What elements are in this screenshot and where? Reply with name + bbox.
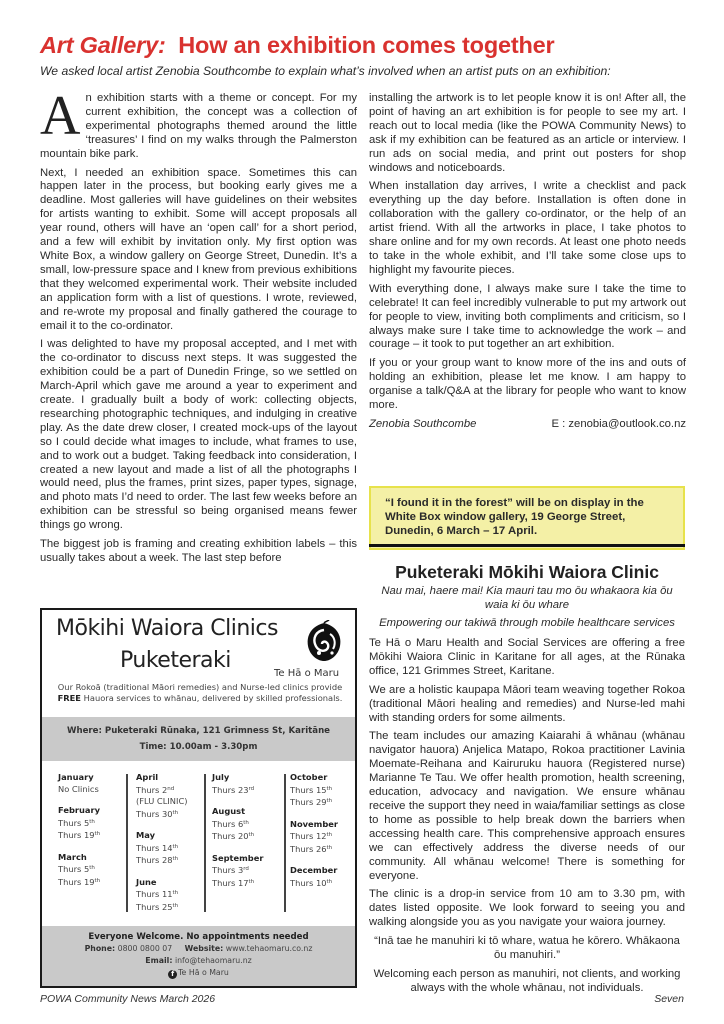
clinic-date: Thurs 30th [136,808,208,821]
clinic-date: Thurs 19th [58,829,130,842]
exhibition-callout: “I found it in the forest” will be on di… [369,486,685,550]
calendar-column: OctoberThurs 15thThurs 29thNovemberThurs… [290,772,362,899]
clinic-paragraph: We are a holistic kaupapa Māori team wea… [369,684,685,726]
clinic-date: Thurs 28th [136,854,208,867]
clinic-date: Thurs 12th [290,830,362,843]
article-column-right: installing the artwork is to let people … [369,92,686,432]
advert-time: Time: 10.00am - 3.30pm [42,739,355,755]
advert-title: Mōkihi Waiora Clinics [56,616,278,641]
month-label: July [212,772,284,784]
advert-brand: Te Hā o Maru [274,668,339,679]
calendar-month: JulyThurs 23rd [212,772,284,796]
article-paragraph: When installation day arrives, I write a… [369,180,686,277]
page-footer-publication: POWA Community News March 2026 [40,993,215,1005]
clinic-paragraph: Te Hā o Maru Health and Social Services … [369,637,685,679]
facebook-icon: f [168,970,177,979]
clinic-date: Thurs 10th [290,877,362,890]
month-label: January [58,772,130,784]
month-label: March [58,852,130,864]
advert-location-title: Puketeraki [120,648,231,673]
article-paragraph: The biggest job is framing and creating … [40,538,357,566]
drop-cap: A [40,94,80,138]
calendar-separator [126,774,128,912]
clinic-date: Thurs 2nd [136,784,208,797]
advert-contact-band: Everyone Welcome. No appointments needed… [42,926,355,986]
article-title-section: Art Gallery: [40,32,166,58]
clinic-quote: “Inā tae he manuhiri ki tō whare, watua … [369,935,685,963]
advert-email[interactable]: info@tehaomaru.nz [175,956,252,965]
article-title: Art Gallery: How an exhibition comes tog… [40,32,700,59]
page-number: Seven [654,993,684,1005]
section-divider [369,544,685,547]
calendar-month: MarchThurs 5thThurs 19th [58,852,130,889]
clinic-date: Thurs 5th [58,863,130,876]
calendar-separator [284,774,286,912]
calendar-month: MayThurs 14thThurs 28th [136,830,208,867]
calendar-separator [204,774,206,912]
article-paragraph: A n exhibition starts with a theme or co… [40,92,357,162]
month-label: April [136,772,208,784]
advert-where-band: Where: Puketeraki Rūnaka, 121 Grimness S… [42,717,355,761]
article-title-main: How an exhibition comes together [178,32,554,58]
calendar-month: JanuaryNo Clinics [58,772,130,795]
clinic-advert: Mōkihi Waiora Clinics Puketeraki Te Hā o… [40,608,357,988]
article-column-left: A n exhibition starts with a theme or co… [40,92,357,571]
advert-welcome: Everyone Welcome. No appointments needed [42,931,355,943]
clinic-paragraph: The team includes our amazing Kaiarahi ā… [369,730,685,883]
clinic-date: Thurs 3rd [212,864,284,877]
article-paragraph: If you or your group want to know more o… [369,357,686,413]
article-subtitle: We asked local artist Zenobia Southcombe… [40,64,710,78]
clinic-tagline: Empowering our takiwā through mobile hea… [369,617,685,629]
advert-description: Our Rokoā (traditional Māori remedies) a… [50,682,350,704]
calendar-month: FebruaryThurs 5thThurs 19th [58,805,130,842]
clinic-date: Thurs 6th [212,818,284,831]
clinic-date: Thurs 19th [58,876,130,889]
calendar-month: DecemberThurs 10th [290,865,362,889]
advert-phone[interactable]: 0800 0800 07 [118,944,173,953]
calendar-month: SeptemberThurs 3rdThurs 17th [212,853,284,890]
clinic-article-title: Puketeraki Mōkihi Waiora Clinic [369,562,685,583]
clinic-date: Thurs 23rd [212,784,284,797]
calendar-month: JuneThurs 11thThurs 25th [136,877,208,914]
article-paragraph: installing the artwork is to let people … [369,92,686,175]
month-label: June [136,877,208,889]
clinic-paragraph: The clinic is a drop-in service from 10 … [369,888,685,930]
month-label: May [136,830,208,842]
clinic-date: Thurs 14th [136,842,208,855]
article-paragraph: With everything done, I always make sure… [369,283,686,353]
author-email[interactable]: E : zenobia@outlook.co.nz [551,418,686,432]
calendar-month: NovemberThurs 12thThurs 26th [290,819,362,856]
calendar-column: AprilThurs 2nd(FLU CLINIC)Thurs 30thMayT… [136,772,208,923]
advert-email-row: Email: info@tehaomaru.nz [42,955,355,967]
advert-facebook-row[interactable]: fTe Hā o Maru [42,967,355,979]
advert-where: Where: Puketeraki Rūnaka, 121 Grimness S… [42,723,355,739]
advert-phone-website: Phone: 0800 0800 07 Website: www.tehaoma… [42,943,355,955]
month-label: August [212,806,284,818]
koru-logo-icon [302,620,346,664]
clinic-date: Thurs 29th [290,796,362,809]
clinic-date: Thurs 15th [290,784,362,797]
advert-website[interactable]: www.tehaomaru.co.nz [226,944,313,953]
advert-facebook: Te Hā o Maru [178,968,229,977]
clinic-date: Thurs 11th [136,888,208,901]
article-paragraph: Next, I needed an exhibition space. Some… [40,167,357,334]
clinic-closing: Welcoming each person as manuhiri, not c… [369,968,685,996]
month-label: February [58,805,130,817]
calendar-month: OctoberThurs 15thThurs 29th [290,772,362,809]
author-name: Zenobia Southcombe [369,418,476,432]
clinic-date: Thurs 26th [290,843,362,856]
clinic-date: (FLU CLINIC) [136,796,208,808]
clinic-date: Thurs 17th [212,877,284,890]
month-label: November [290,819,362,831]
clinic-date: Thurs 5th [58,817,130,830]
month-label: October [290,772,362,784]
clinic-date: No Clinics [58,784,130,796]
calendar-month: AugustThurs 6thThurs 20th [212,806,284,843]
clinic-date: Thurs 20th [212,830,284,843]
article-paragraph: I was delighted to have my proposal acce… [40,338,357,533]
clinic-date: Thurs 25th [136,901,208,914]
calendar-month: AprilThurs 2nd(FLU CLINIC)Thurs 30th [136,772,208,820]
article-signature: Zenobia Southcombe E : zenobia@outlook.c… [369,418,686,432]
clinic-calendar: JanuaryNo ClinicsFebruaryThurs 5thThurs … [52,772,352,924]
month-label: December [290,865,362,877]
clinic-greeting: Nau mai, haere mai! Kia mauri tau mo ōu … [369,585,685,613]
clinic-article-body: Te Hā o Maru Health and Social Services … [369,637,685,1001]
calendar-column: JulyThurs 23rdAugustThurs 6thThurs 20thS… [212,772,284,899]
month-label: September [212,853,284,865]
calendar-column: JanuaryNo ClinicsFebruaryThurs 5thThurs … [58,772,130,898]
